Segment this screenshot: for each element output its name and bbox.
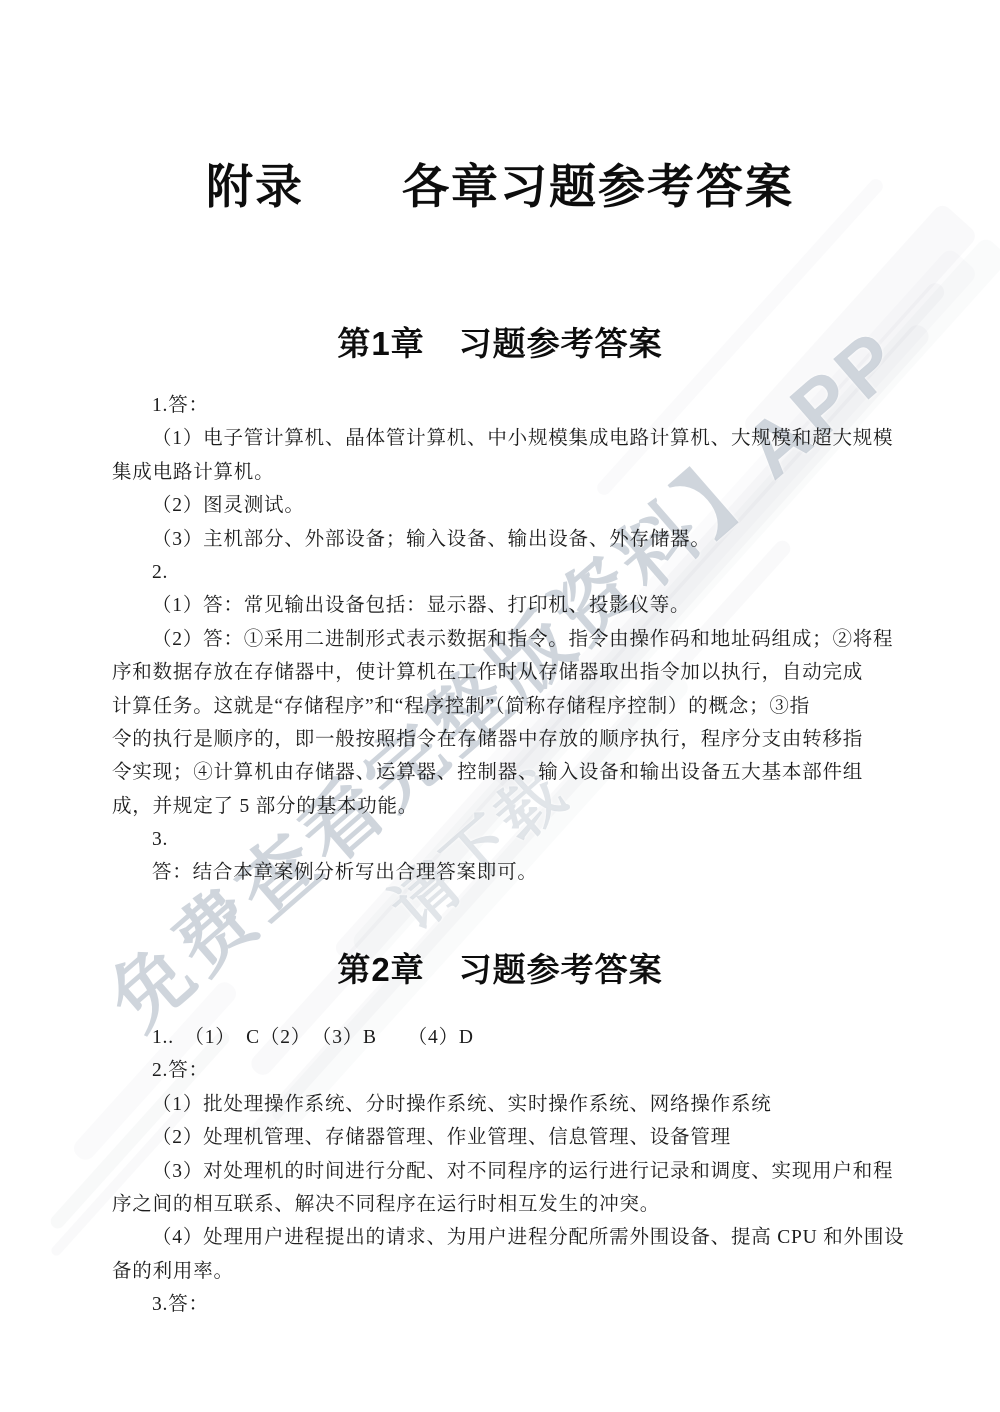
page-content: 附录 各章习题参考答案 第1章 习题参考答案 1.答：（1）电子管计算机、晶体管… [0,0,1000,1412]
body-line: 2. [112,556,898,589]
body-line: （1）批处理操作系统、分时操作系统、实时操作系统、网络操作系统 [112,1088,898,1121]
chapter1-body: 1.答：（1）电子管计算机、晶体管计算机、中小规模集成电路计算机、大规模和超大规… [112,389,898,890]
body-line: 令实现；④计算机由存储器、运算器、控制器、输入设备和输出设备五大基本部件组 [112,756,898,789]
body-line: 令的执行是顺序的，即一般按照指令在存储器中存放的顺序执行，程序分支由转移指 [112,723,898,756]
body-line: （3）对处理机的时间进行分配、对不同程序的运行进行记录和调度、实现用户和程 [112,1155,898,1188]
chapter2-body: 1.. （1） C（2） （3）B （4）D2.答：（1）批处理操作系统、分时操… [112,1021,898,1322]
body-line: 集成电路计算机。 [112,456,898,489]
body-line: （1）答：常见输出设备包括：显示器、打印机、投影仪等。 [112,589,898,622]
body-line: （4）处理用户进程提出的请求、为用户进程分配所需外围设备、提高 CPU 和外围设 [112,1221,898,1254]
body-line: （3）主机部分、外部设备；输入设备、输出设备、外存储器。 [112,523,898,556]
body-line: 计算任务。这就是“存储程序”和“程序控制”（简称存储程序控制）的概念；③指 [112,690,898,723]
body-line: 3.答： [112,1288,898,1321]
body-line: （1）电子管计算机、晶体管计算机、中小规模集成电路计算机、大规模和超大规模 [112,422,898,455]
body-line: 成，并规定了 5 部分的基本功能。 [112,790,898,823]
body-line: 3. [112,823,898,856]
body-line: （2）图灵测试。 [112,489,898,522]
page-title: 附录 各章习题参考答案 [0,150,1000,217]
document-page: 免费查看完整版资料】APP 请下载 附录 各章习题参考答案 第1章 习题参考答案… [0,0,1000,1412]
chapter1-heading: 第1章 习题参考答案 [0,318,1000,365]
body-line: 1.答： [112,389,898,422]
body-line: 备的利用率。 [112,1255,898,1288]
body-line: 1.. （1） C（2） （3）B （4）D [112,1021,898,1054]
body-line: 序和数据存放在存储器中，使计算机在工作时从存储器取出指令加以执行，自动完成 [112,656,898,689]
body-line: 答：结合本章案例分析写出合理答案即可。 [112,856,898,889]
body-line: （2）答：①采用二进制形式表示数据和指令。指令由操作码和地址码组成；②将程 [112,623,898,656]
chapter2-heading: 第2章 习题参考答案 [0,944,1000,991]
body-line: 2.答： [112,1054,898,1087]
body-line: （2）处理机管理、存储器管理、作业管理、信息管理、设备管理 [112,1121,898,1154]
body-line: 序之间的相互联系、解决不同程序在运行时相互发生的冲突。 [112,1188,898,1221]
